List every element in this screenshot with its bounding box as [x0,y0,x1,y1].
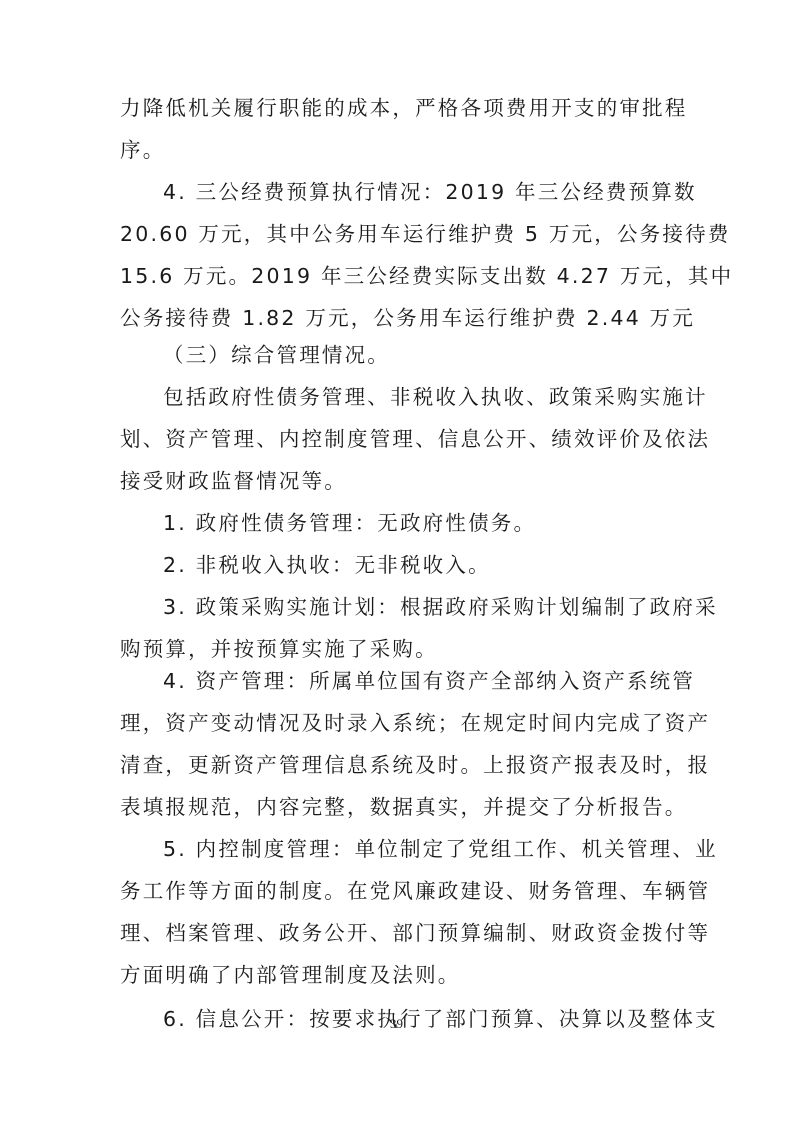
text-line: 力降低机关履行职能的成本，严格各项费用开支的审批程 [120,93,676,123]
page-number: 39 [0,1016,793,1032]
text-line: （三）综合管理情况。 [163,340,676,370]
text-line: 3. 政策采购实施计划：根据政府采购计划编制了政府采 [163,592,676,622]
text-line: 4. 资产管理：所属单位国有资产全部纳入资产系统管 [163,666,676,696]
text-line: 务工作等方面的制度。在党风廉政建设、财务管理、车辆管 [120,876,676,906]
text-line: 表填报规范，内容完整，数据真实，并提交了分析报告。 [120,792,676,822]
text-line: 购预算，并按预算实施了采购。 [120,634,676,664]
text-line: 5. 内控制度管理：单位制定了党组工作、机关管理、业 [163,834,676,864]
text-line: 20.60 万元，其中公务用车运行维护费 5 万元，公务接待费 [120,219,676,249]
text-line: 1. 政府性债务管理：无政府性债务。 [163,508,676,538]
text-line: 划、资产管理、内控制度管理、信息公开、绩效评价及依法 [120,424,676,454]
text-line: 接受财政监督情况等。 [120,466,676,496]
text-line: 方面明确了内部管理制度及法则。 [120,960,676,990]
text-line: 包括政府性债务管理、非税收入执收、政策采购实施计 [163,382,676,412]
document-page: 力降低机关履行职能的成本，严格各项费用开支的审批程序。4. 三公经费预算执行情况… [0,0,793,1122]
text-line: 4. 三公经费预算执行情况：2019 年三公经费预算数 [163,177,676,207]
text-line: 序。 [120,135,676,165]
text-line: 2. 非税收入执收：无非税收入。 [163,550,676,580]
text-line: 公务接待费 1.82 万元，公务用车运行维护费 2.44 万元 [120,303,676,333]
text-line: 理、档案管理、政务公开、部门预算编制、财政资金拨付等 [120,918,676,948]
text-line: 15.6 万元。2019 年三公经费实际支出数 4.27 万元，其中 [120,261,676,291]
text-line: 清查，更新资产管理信息系统及时。上报资产报表及时，报 [120,750,676,780]
text-line: 理，资产变动情况及时录入系统；在规定时间内完成了资产 [120,708,676,738]
